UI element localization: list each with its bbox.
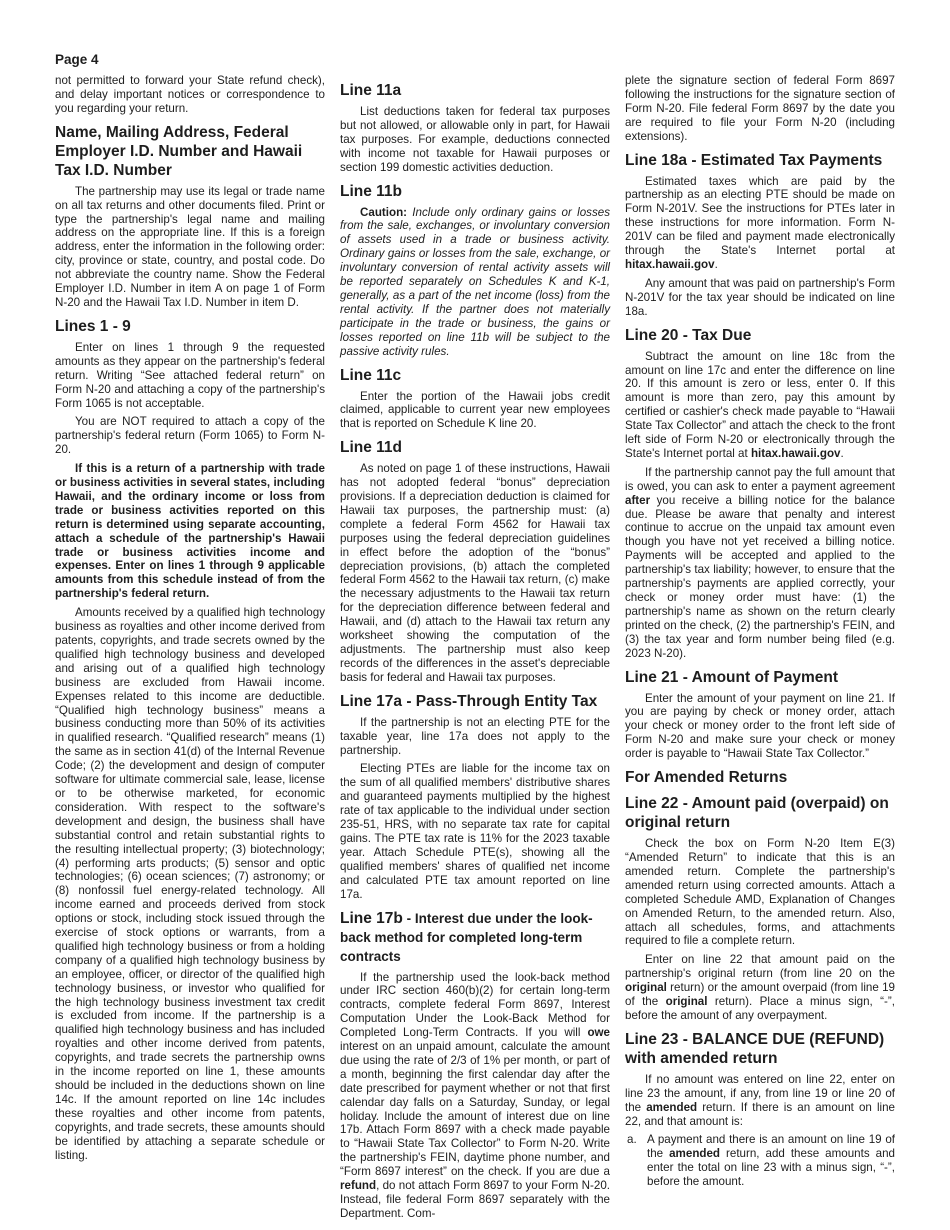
text-run: If the partnership cannot pay the full a… <box>625 466 895 493</box>
text-run: Line 11b <box>340 183 402 200</box>
paragraph: Subtract the amount on line 18c from the… <box>625 350 895 461</box>
text-run: . <box>715 258 718 271</box>
section-heading: Line 23 - BALANCE DUE (REFUND) with amen… <box>625 1030 895 1068</box>
paragraph: Enter the portion of the Hawaii jobs cre… <box>340 390 610 432</box>
list-item-text: A payment and there is an amount on line… <box>647 1133 895 1188</box>
section-heading: Line 11b <box>340 182 610 201</box>
text-run: Enter on line 22 that amount paid on the… <box>625 953 895 980</box>
text-run: Any amount that was paid on partnership'… <box>625 277 895 318</box>
text-run: Enter the portion of the Hawaii jobs cre… <box>340 390 610 431</box>
text-run: Lines 1 - 9 <box>55 318 131 335</box>
text-run: If this is a return of a partnership wit… <box>55 462 325 600</box>
section-heading: Line 18a - Estimated Tax Payments <box>625 151 895 170</box>
section-heading: Line 22 - Amount paid (overpaid) on orig… <box>625 794 895 832</box>
text-run: Line 11c <box>340 367 401 384</box>
paragraph: Caution: Include only ordinary gains or … <box>340 206 610 359</box>
text-run: Line 11a <box>340 82 401 99</box>
columns-container: not permitted to forward your State refu… <box>55 74 895 1226</box>
text-run: after <box>625 494 650 507</box>
text-run: Enter on lines 1 through 9 the requested… <box>55 341 325 410</box>
text-run: Line 17b <box>340 910 403 927</box>
paragraph: Enter on line 22 that amount paid on the… <box>625 953 895 1023</box>
text-run: Include only ordinary gains or losses fr… <box>340 206 610 358</box>
paragraph: not permitted to forward your State refu… <box>55 74 325 116</box>
page-number-label: Page 4 <box>55 52 895 67</box>
section-heading: Lines 1 - 9 <box>55 317 325 336</box>
paragraph: List deductions taken for federal tax pu… <box>340 105 610 175</box>
paragraph: If the partnership cannot pay the full a… <box>625 466 895 661</box>
section-heading: Line 17b - Interest due under the look-b… <box>340 909 610 966</box>
paragraph: Estimated taxes which are paid by the pa… <box>625 175 895 272</box>
text-run: you receive a billing notice for the bal… <box>625 494 895 660</box>
paragraph: If this is a return of a partnership wit… <box>55 462 325 601</box>
text-run: If the partnership is not an electing PT… <box>340 716 610 757</box>
paragraph: Enter the amount of your payment on line… <box>625 692 895 762</box>
text-run: . <box>841 447 844 460</box>
text-run: original <box>666 995 708 1008</box>
section-heading: For Amended Returns <box>625 768 895 787</box>
section-heading: Line 21 - Amount of Payment <box>625 668 895 687</box>
column-1: not permitted to forward your State refu… <box>55 74 325 1167</box>
paragraph: As noted on page 1 of these instructions… <box>340 462 610 685</box>
text-run: For Amended Returns <box>625 769 787 786</box>
section-heading: Line 17a - Pass-Through Entity Tax <box>340 692 610 711</box>
text-run: Estimated taxes which are paid by the pa… <box>625 175 895 258</box>
text-run: Line 21 - Amount of Payment <box>625 669 838 686</box>
column-2: Line 11aList deductions taken for federa… <box>340 74 610 1226</box>
paragraph: The partnership may use its legal or tra… <box>55 185 325 310</box>
paragraph: If the partnership used the look-back me… <box>340 971 610 1221</box>
text-run: Amounts received by a qualified high tec… <box>55 606 325 1161</box>
text-run: not permitted to forward your State refu… <box>55 74 325 115</box>
text-run: Line 23 - BALANCE DUE (REFUND) with amen… <box>625 1031 884 1067</box>
text-run: Line 17a - Pass-Through Entity Tax <box>340 693 597 710</box>
text-run: Enter the amount of your payment on line… <box>625 692 895 761</box>
text-run: If the partnership used the look-back me… <box>340 971 610 1040</box>
paragraph: plete the signature section of federal F… <box>625 74 895 144</box>
section-heading: Line 11a <box>340 81 610 100</box>
text-run: Line 11d <box>340 439 402 456</box>
text-run: You are NOT required to attach a copy of… <box>55 415 325 456</box>
text-run: hitax.hawaii.gov <box>625 258 715 271</box>
text-run: interest on an unpaid amount, calculate … <box>340 1040 610 1178</box>
paragraph: Check the box on Form N-20 Item E(3) “Am… <box>625 837 895 948</box>
document-page: Page 4 not permitted to forward your Sta… <box>0 0 950 1230</box>
list-item-marker: a. <box>627 1133 637 1147</box>
section-heading: Line 20 - Tax Due <box>625 326 895 345</box>
text-run: As noted on page 1 of these instructions… <box>340 462 610 684</box>
text-run: Line 22 - Amount paid (overpaid) on orig… <box>625 795 889 831</box>
paragraph: If the partnership is not an electing PT… <box>340 716 610 758</box>
paragraph: Any amount that was paid on partnership'… <box>625 277 895 319</box>
text-run: refund <box>340 1179 376 1192</box>
section-heading: Name, Mailing Address, Federal Employer … <box>55 123 325 180</box>
paragraph: You are NOT required to attach a copy of… <box>55 415 325 457</box>
paragraph: Electing PTEs are liable for the income … <box>340 762 610 901</box>
text-run: Electing PTEs are liable for the income … <box>340 762 610 900</box>
text-run: List deductions taken for federal tax pu… <box>340 105 610 174</box>
text-run: Caution: <box>360 206 407 219</box>
text-run: Name, Mailing Address, Federal Employer … <box>55 124 302 179</box>
section-heading: Line 11d <box>340 438 610 457</box>
text-run: The partnership may use its legal or tra… <box>55 185 325 309</box>
text-run: Subtract the amount on line 18c from the… <box>625 350 895 460</box>
column-3: plete the signature section of federal F… <box>625 74 895 1194</box>
text-run: Check the box on Form N-20 Item E(3) “Am… <box>625 837 895 947</box>
text-run: amended <box>669 1147 720 1160</box>
text-run: amended <box>646 1101 697 1114</box>
text-run: Line 18a - Estimated Tax Payments <box>625 152 882 169</box>
text-run: owe <box>587 1026 610 1039</box>
text-run: plete the signature section of federal F… <box>625 74 895 143</box>
text-run: , do not attach Form 8697 to your Form N… <box>340 1179 610 1220</box>
paragraph: Amounts received by a qualified high tec… <box>55 606 325 1162</box>
text-run: hitax.hawaii.gov <box>751 447 841 460</box>
text-run: original <box>625 981 667 994</box>
list-item: a.A payment and there is an amount on li… <box>625 1133 895 1189</box>
paragraph: If no amount was entered on line 22, ent… <box>625 1073 895 1129</box>
paragraph: Enter on lines 1 through 9 the requested… <box>55 341 325 411</box>
section-heading: Line 11c <box>340 366 610 385</box>
text-run: Line 20 - Tax Due <box>625 327 751 344</box>
